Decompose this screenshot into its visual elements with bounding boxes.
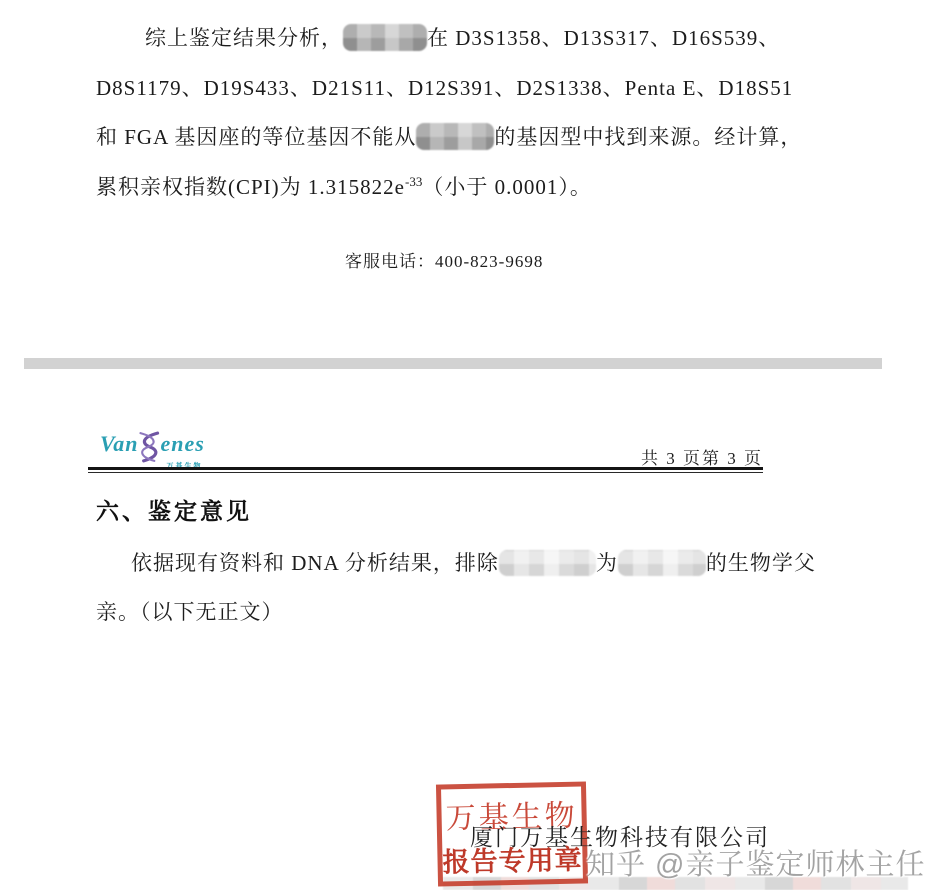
conclusion-suffix: 的生物学父 <box>706 551 816 575</box>
header-divider-rule <box>88 467 763 473</box>
conclusion-prefix: 依据现有资料和 DNA 分析结果，排除 <box>131 551 499 575</box>
cpi-text: 累积亲权指数(CPI)为 1.315822e <box>96 175 405 199</box>
section-heading: 六、鉴定意见 <box>96 493 252 526</box>
conclusion-paragraph-line-2: 亲。（以下无正文） <box>96 596 284 626</box>
result-paragraph-line-4: 累积亲权指数(CPI)为 1.315822e-33（小于 0.0001）。 <box>96 171 592 201</box>
conclusion-mid: 为 <box>596 551 618 575</box>
conclusion-paragraph-line-1: 依据现有资料和 DNA 分析结果，排除为的生物学父 <box>131 547 816 577</box>
result-paragraph-line-3: 和 FGA 基因座的等位基因不能从的基因型中找到来源。经计算， <box>96 121 802 151</box>
logo-subtext: 万基生物 <box>166 453 202 479</box>
page-separator-bar <box>24 358 882 369</box>
result-line1-suffix: 在 D3S1358、D13S317、D16S539、 <box>427 26 780 50</box>
zhihu-watermark: 知乎 @亲子鉴定师林主任 <box>586 842 926 883</box>
vangenes-logo: Van enes 万基生物 <box>100 431 205 463</box>
redacted-name-mosaic <box>343 24 427 51</box>
conclusion-end: 亲。（以下无正文） <box>96 600 284 624</box>
redacted-name-mosaic <box>618 550 706 576</box>
logo-text-enes-wrap: enes 万基生物 <box>160 431 204 457</box>
redacted-name-mosaic <box>499 550 596 576</box>
dna-helix-icon <box>136 431 162 463</box>
cpi-exponent: -33 <box>405 174 422 189</box>
page-number-indicator: 共 3 页第 3 页 <box>641 444 763 469</box>
result-line1-prefix: 综上鉴定结果分析， <box>145 26 343 50</box>
result-paragraph-line-1: 综上鉴定结果分析，在 D3S1358、D13S317、D16S539、 <box>145 22 780 52</box>
cpi-threshold: （小于 0.0001）。 <box>422 175 592 199</box>
result-line3-suffix: 的基因型中找到来源。经计算， <box>494 125 802 149</box>
result-paragraph-line-2: D8S1179、D19S433、D21S11、D12S391、D2S1338、P… <box>96 72 793 102</box>
result-line3-prefix: 和 FGA 基因座的等位基因不能从 <box>96 125 416 149</box>
redacted-name-mosaic <box>416 123 494 150</box>
logo-text-van: Van <box>100 431 138 457</box>
customer-service-phone: 客服电话：400-823-9698 <box>345 247 543 272</box>
loci-list: D8S1179、D19S433、D21S11、D12S391、D2S1338、P… <box>96 76 793 100</box>
